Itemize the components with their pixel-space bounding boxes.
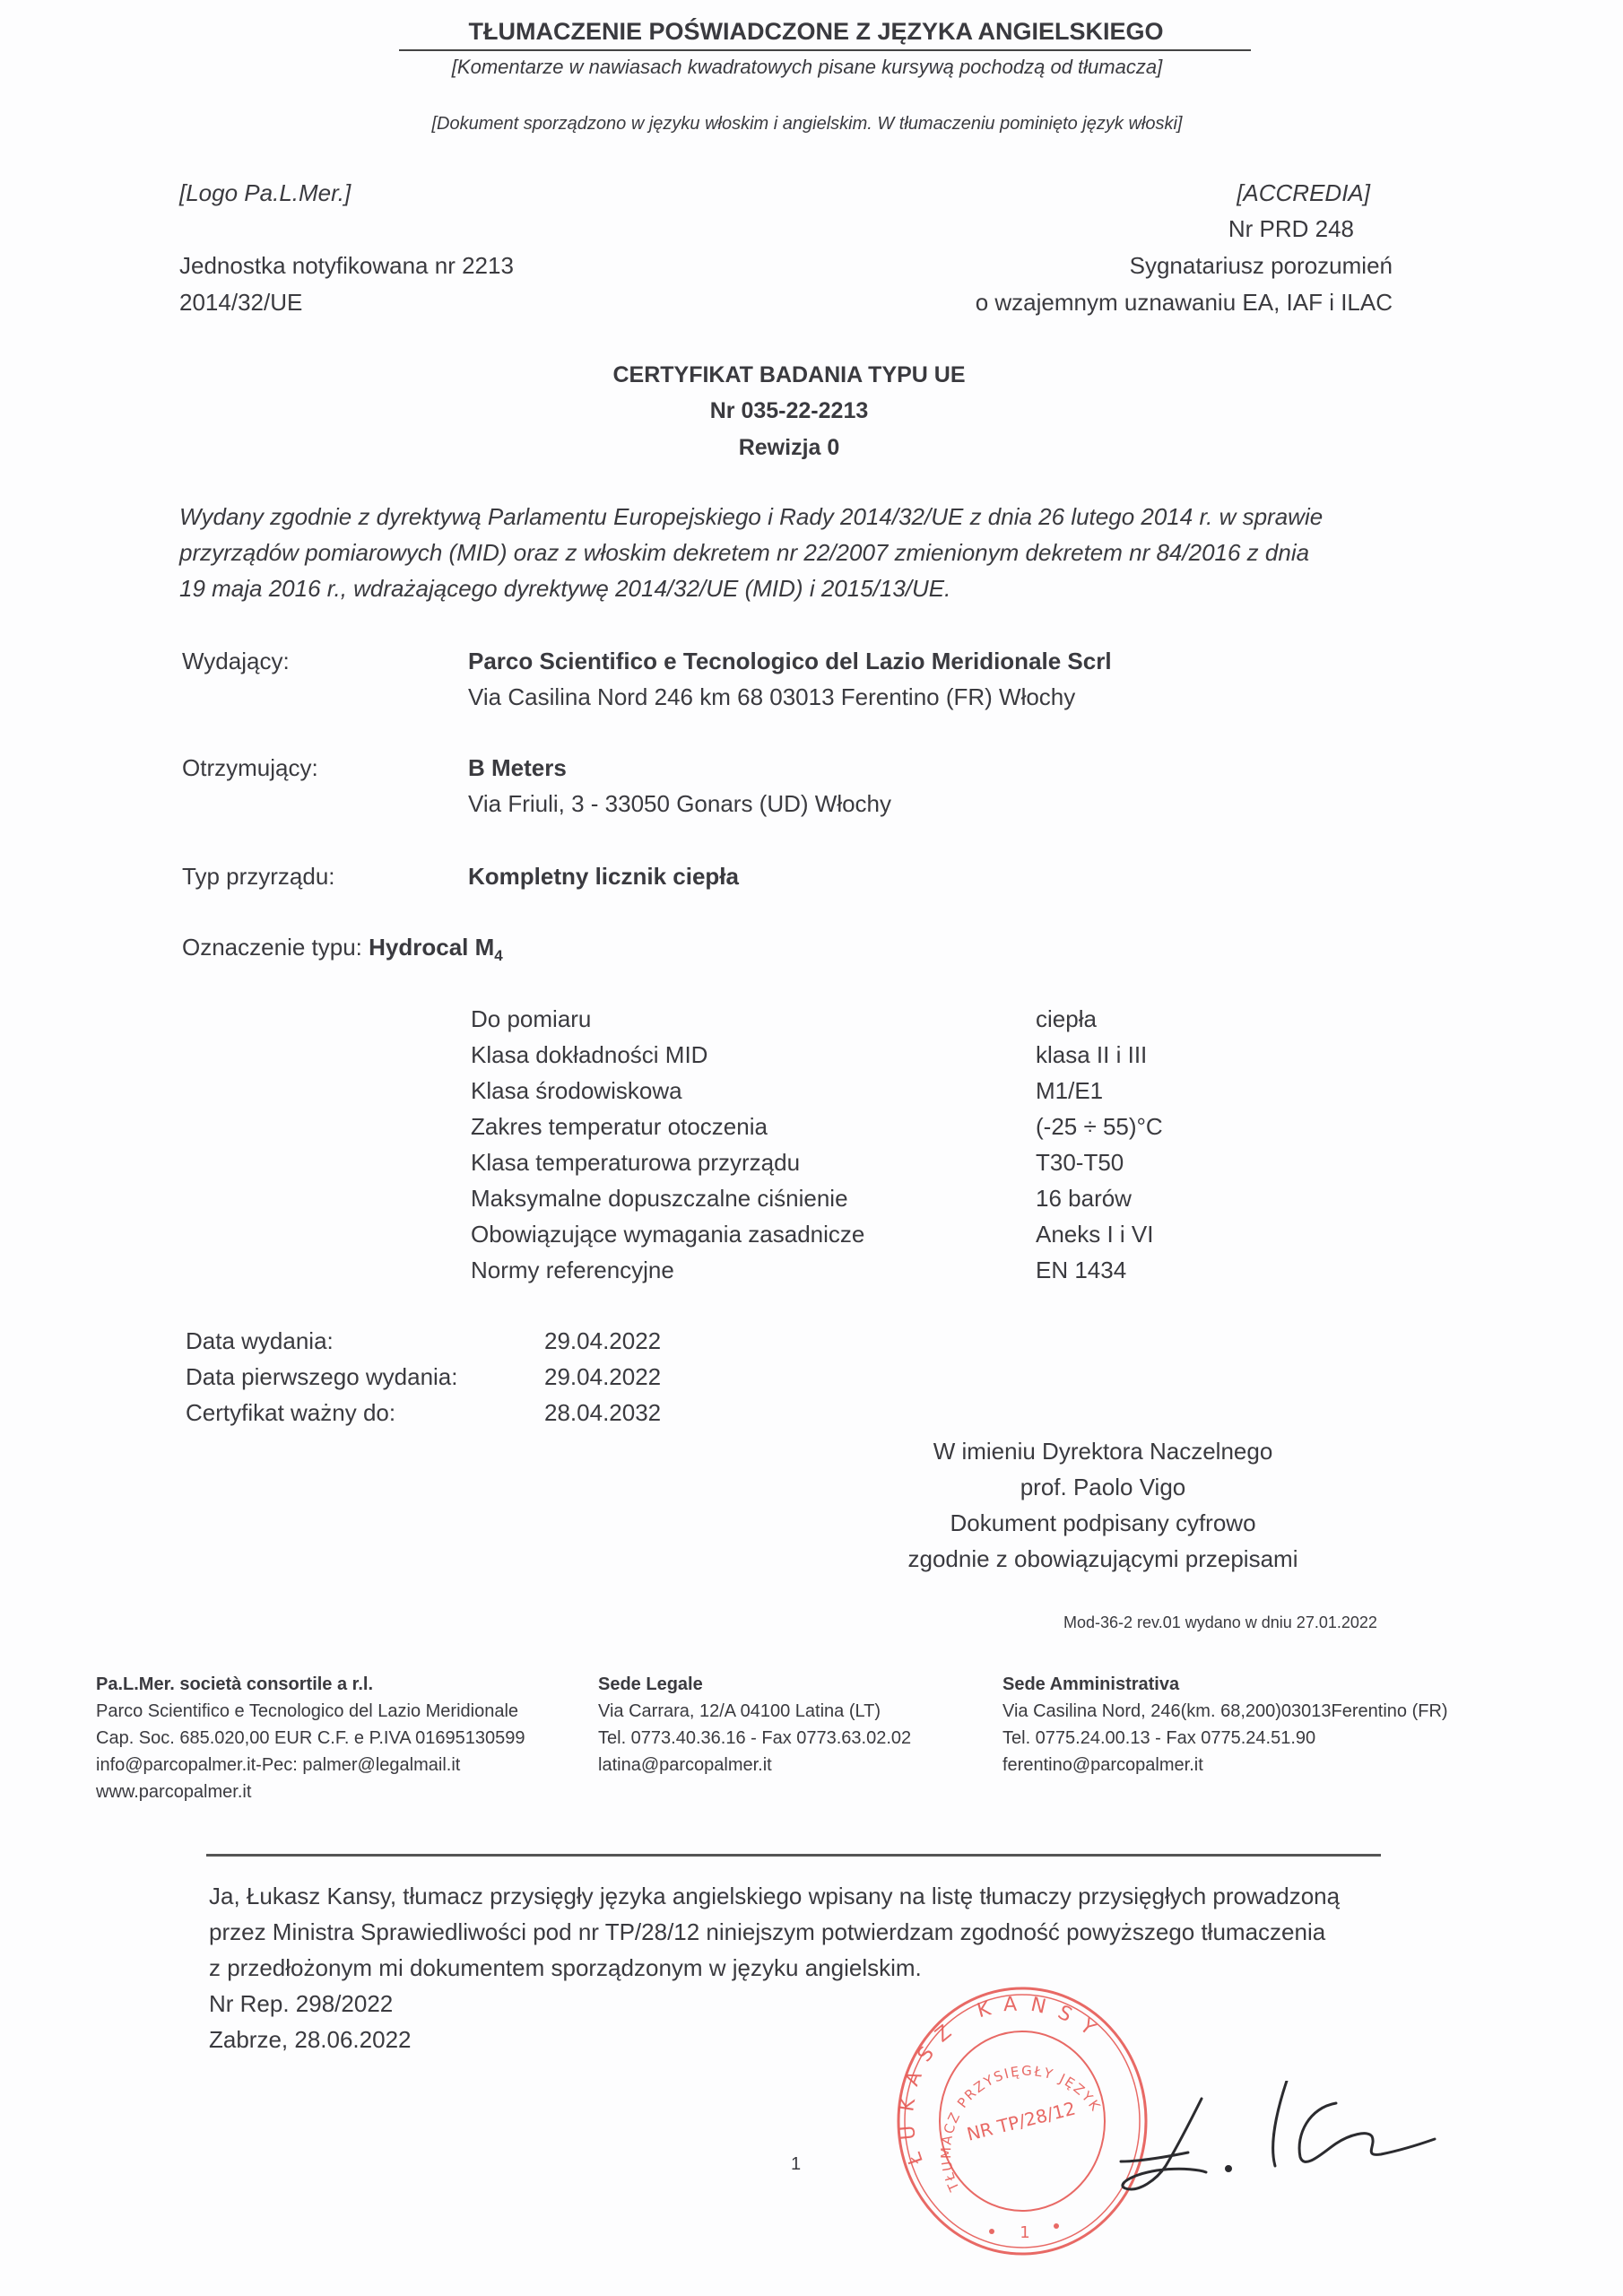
dates-table: Data wydania:29.04.2022Data pierwszego w… bbox=[186, 1323, 661, 1431]
title-underline bbox=[399, 49, 1251, 51]
issuer-address: Via Casilina Nord 246 km 68 03013 Ferent… bbox=[468, 683, 1075, 711]
date-row: Data pierwszego wydania:29.04.2022 bbox=[186, 1359, 661, 1395]
footer-admin-seat: Sede Amministrativa Via Casilina Nord, 2… bbox=[1002, 1671, 1448, 1779]
date-label: Data wydania: bbox=[186, 1323, 544, 1359]
footer-company-email[interactable]: info@parcopalmer.it-Pec: palmer@legalmai… bbox=[96, 1752, 525, 1779]
footer-company-line: Parco Scientifico e Tecnologico del Lazi… bbox=[96, 1698, 525, 1725]
recipient-label: Otrzymujący: bbox=[182, 754, 318, 782]
footer-legal-line: Tel. 0773.40.36.16 - Fax 0773.63.02.02 bbox=[598, 1725, 911, 1752]
certificate-revision: Rewizja 0 bbox=[538, 435, 1040, 461]
spec-label: Normy referencyjne bbox=[471, 1252, 1036, 1288]
footer-admin-line: Via Casilina Nord, 246(km. 68,200)03013F… bbox=[1002, 1698, 1448, 1725]
date-value: 29.04.2022 bbox=[544, 1323, 661, 1359]
directive-number: 2014/32/UE bbox=[179, 289, 302, 317]
spec-value: T30-T50 bbox=[1036, 1144, 1124, 1180]
spec-label: Obowiązujące wymagania zasadnicze bbox=[471, 1216, 1036, 1252]
intro-line-1: Wydany zgodnie z dyrektywą Parlamentu Eu… bbox=[179, 503, 1323, 531]
date-label: Data pierwszego wydania: bbox=[186, 1359, 544, 1395]
spec-value: klasa II i III bbox=[1036, 1037, 1147, 1073]
type-designation-value: Hydrocal M bbox=[369, 934, 494, 961]
footer-legal-email[interactable]: latina@parcopalmer.it bbox=[598, 1752, 911, 1779]
spec-value: M1/E1 bbox=[1036, 1073, 1103, 1109]
recipient-address: Via Friuli, 3 - 33050 Gonars (UD) Włochy bbox=[468, 790, 891, 818]
spec-label: Klasa środowiskowa bbox=[471, 1073, 1036, 1109]
date-value: 28.04.2032 bbox=[544, 1395, 661, 1431]
type-designation-label: Oznaczenie typu: bbox=[182, 934, 362, 961]
intro-line-2: przyrządów pomiarowych (MID) oraz z włos… bbox=[179, 539, 1309, 567]
place-and-date: Zabrze, 28.06.2022 bbox=[209, 2022, 1340, 2057]
signatory-line-1: Sygnatariusz porozumień bbox=[942, 252, 1393, 280]
instrument-type-label: Typ przyrządu: bbox=[182, 863, 335, 891]
spec-label: Do pomiaru bbox=[471, 1001, 1036, 1037]
translator-comment-note: [Komentarze w nawiasach kwadratowych pis… bbox=[359, 56, 1255, 79]
spec-label: Zakres temperatur otoczenia bbox=[471, 1109, 1036, 1144]
signature-block: W imieniu Dyrektora Naczelnego prof. Pao… bbox=[897, 1433, 1309, 1577]
type-designation: Oznaczenie typu: Hydrocal M4 bbox=[182, 934, 503, 965]
signatory-line-2: o wzajemnym uznawaniu EA, IAF i ILAC bbox=[897, 289, 1393, 317]
instrument-type: Kompletny licznik ciepła bbox=[468, 863, 739, 891]
spec-row: Maksymalne dopuszczalne ciśnienie16 baró… bbox=[471, 1180, 1163, 1216]
handwritten-signature bbox=[1103, 2081, 1462, 2206]
spec-value: ciepła bbox=[1036, 1001, 1097, 1037]
prd-number: Nr PRD 248 bbox=[986, 215, 1354, 243]
footer-admin-email[interactable]: ferentino@parcopalmer.it bbox=[1002, 1752, 1448, 1779]
spec-row: Do pomiaruciepła bbox=[471, 1001, 1163, 1037]
footer-legal-seat: Sede Legale Via Carrara, 12/A 04100 Lati… bbox=[598, 1671, 911, 1779]
date-row: Data wydania:29.04.2022 bbox=[186, 1323, 661, 1359]
spec-label: Klasa temperaturowa przyrządu bbox=[471, 1144, 1036, 1180]
stamp-center-text: NR TP/28/12 bbox=[965, 2098, 1078, 2145]
spec-row: Klasa dokładności MIDklasa II i III bbox=[471, 1037, 1163, 1073]
spec-label: Maksymalne dopuszczalne ciśnienie bbox=[471, 1180, 1036, 1216]
spec-row: Obowiązujące wymagania zasadniczeAneks I… bbox=[471, 1216, 1163, 1252]
intro-line-3: 19 maja 2016 r., wdrażającego dyrektywę … bbox=[179, 575, 950, 603]
date-value: 29.04.2022 bbox=[544, 1359, 661, 1395]
spec-value: 16 barów bbox=[1036, 1180, 1132, 1216]
translator-statement-line: przez Ministra Sprawiedliwości pod nr TP… bbox=[209, 1914, 1340, 1950]
repertory-number: Nr Rep. 298/2022 bbox=[209, 1986, 1340, 2022]
issuer-label: Wydający: bbox=[182, 648, 290, 675]
accredia-note: [ACCREDIA] bbox=[986, 179, 1370, 207]
translator-statement: Ja, Łukasz Kansy, tłumacz przysięgły jęz… bbox=[209, 1878, 1340, 2057]
spec-value: (-25 ÷ 55)°C bbox=[1036, 1109, 1163, 1144]
footer-company-title: Pa.L.Mer. società consortile a r.l. bbox=[96, 1671, 525, 1698]
date-row: Certyfikat ważny do:28.04.2032 bbox=[186, 1395, 661, 1431]
footer-legal-title: Sede Legale bbox=[598, 1671, 911, 1698]
spec-row: Zakres temperatur otoczenia(-25 ÷ 55)°C bbox=[471, 1109, 1163, 1144]
date-label: Certyfikat ważny do: bbox=[186, 1395, 544, 1431]
signature-line-2: prof. Paolo Vigo bbox=[897, 1469, 1309, 1505]
footer-company-website[interactable]: www.parcopalmer.it bbox=[96, 1779, 525, 1805]
translator-statement-line: z przedłożonym mi dokumentem sporządzony… bbox=[209, 1950, 1340, 1986]
notified-body: Jednostka notyfikowana nr 2213 bbox=[179, 252, 514, 280]
translator-divider bbox=[206, 1854, 1381, 1857]
spec-table: Do pomiaruciepłaKlasa dokładności MIDkla… bbox=[471, 1001, 1163, 1288]
type-designation-subscript: 4 bbox=[494, 947, 502, 964]
spec-label: Klasa dokładności MID bbox=[471, 1037, 1036, 1073]
spec-value: EN 1434 bbox=[1036, 1252, 1126, 1288]
spec-row: Normy referencyjneEN 1434 bbox=[471, 1252, 1163, 1288]
footer-admin-line: Tel. 0775.24.00.13 - Fax 0775.24.51.90 bbox=[1002, 1725, 1448, 1752]
signature-line-1: W imieniu Dyrektora Naczelnego bbox=[897, 1433, 1309, 1469]
spec-row: Klasa środowiskowaM1/E1 bbox=[471, 1073, 1163, 1109]
signature-line-3: Dokument podpisany cyfrowo bbox=[897, 1505, 1309, 1541]
logo-placeholder-note: [Logo Pa.L.Mer.] bbox=[179, 179, 351, 207]
page-number: 1 bbox=[791, 2154, 801, 2175]
document-title: TŁUMACZENIE POŚWIADCZONE Z JĘZYKA ANGIEL… bbox=[386, 18, 1246, 46]
footer-legal-line: Via Carrara, 12/A 04100 Latina (LT) bbox=[598, 1698, 911, 1725]
form-reference: Mod-36-2 rev.01 wydano w dniu 27.01.2022 bbox=[1063, 1613, 1377, 1632]
footer-admin-title: Sede Amministrativa bbox=[1002, 1671, 1448, 1698]
certificate-number: Nr 035-22-2213 bbox=[538, 398, 1040, 424]
spec-row: Klasa temperaturowa przyrząduT30-T50 bbox=[471, 1144, 1163, 1180]
language-note: [Dokument sporządzono w języku włoskim i… bbox=[341, 114, 1273, 135]
spec-value: Aneks I i VI bbox=[1036, 1216, 1154, 1252]
stamp-bottom-text: 1 bbox=[1020, 2223, 1029, 2242]
signature-line-4: zgodnie z obowiązującymi przepisami bbox=[897, 1541, 1309, 1577]
translator-statement-line: Ja, Łukasz Kansy, tłumacz przysięgły jęz… bbox=[209, 1878, 1340, 1914]
footer-company: Pa.L.Mer. società consortile a r.l. Parc… bbox=[96, 1671, 525, 1805]
issuer-name: Parco Scientifico e Tecnologico del Lazi… bbox=[468, 648, 1112, 675]
footer-company-line: Cap. Soc. 685.020,00 EUR C.F. e P.IVA 01… bbox=[96, 1725, 525, 1752]
recipient-name: B Meters bbox=[468, 754, 567, 782]
certificate-title: CERTYFIKAT BADANIA TYPU UE bbox=[538, 362, 1040, 388]
